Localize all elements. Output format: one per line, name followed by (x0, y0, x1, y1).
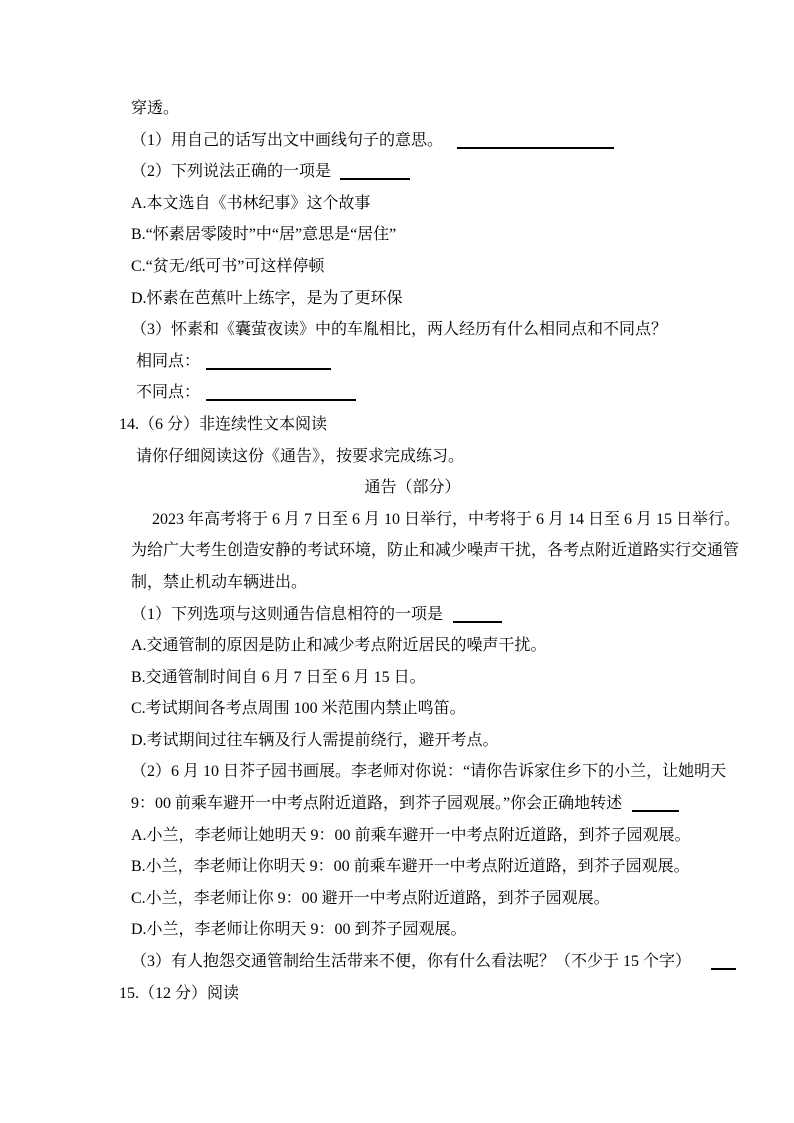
text-line: 14.（6 分）非连续性文本阅读 (119, 409, 694, 441)
line-text: （2）下列说法正确的一项是 (131, 163, 331, 180)
line-text: A.小兰，李老师让她明天 9：00 前乘车避开一中考点附近道路，到芥子园观展。 (131, 827, 691, 844)
text-line: A.交通管制的原因是防止和减少考点附近居民的噪声干扰。 (131, 630, 694, 662)
line-text: （3）有人抱怨交通管制给生活带来不便，你有什么看法呢？（不少于 15 个字） (131, 953, 691, 970)
line-text: 15.（12 分）阅读 (119, 985, 239, 1002)
text-line: （3）有人抱怨交通管制给生活带来不便，你有什么看法呢？（不少于 15 个字） (131, 946, 694, 978)
line-text: A.交通管制的原因是防止和减少考点附近居民的噪声干扰。 (131, 637, 547, 654)
text-line: C.“贫无/纸可书”可这样停顿 (131, 251, 694, 283)
text-line: B.小兰，李老师让你明天 9：00 前乘车避开一中考点附近道路，到芥子园观展。 (131, 851, 694, 883)
text-line: （1）下列选项与这则通告信息相符的一项是 (131, 599, 694, 631)
text-line: B.交通管制时间自 6 月 7 日至 6 月 15 日。 (131, 662, 694, 694)
line-text: 通告（部分） (364, 479, 460, 496)
line-text: C.小兰，李老师让你 9：00 避开一中考点附近道路，到芥子园观展。 (131, 890, 610, 907)
text-line: 不同点： (136, 377, 694, 409)
answer-blank (457, 135, 614, 149)
text-line: 请你仔细阅读这份《通告》，按要求完成练习。 (136, 441, 694, 473)
line-text: 9：00 前乘车避开一中考点附近道路，到芥子园观展。”你会正确地转述 (131, 795, 622, 812)
text-line: 制，禁止机动车辆进出。 (131, 567, 694, 599)
text-line: （1）用自己的话写出文中画线句子的意思。 (131, 125, 694, 157)
text-line: （3）怀素和《囊萤夜读》中的车胤相比，两人经历有什么相同点和不同点？ (131, 314, 694, 346)
text-line: 通告（部分） (131, 472, 694, 504)
text-line: 相同点： (136, 346, 694, 378)
line-text: B.小兰，李老师让你明天 9：00 前乘车避开一中考点附近道路，到芥子园观展。 (131, 858, 690, 875)
line-text: （1）用自己的话写出文中画线句子的意思。 (131, 132, 443, 149)
text-line: C.小兰，李老师让你 9：00 避开一中考点附近道路，到芥子园观展。 (131, 883, 694, 915)
answer-blank (711, 956, 736, 970)
line-text: （3）怀素和《囊萤夜读》中的车胤相比，两人经历有什么相同点和不同点？ (131, 321, 667, 338)
line-text: D.小兰，李老师让你明天 9：00 到芥子园观展。 (131, 921, 467, 938)
answer-blank (453, 609, 502, 623)
text-line: 2023 年高考将于 6 月 7 日至 6 月 10 日举行，中考将于 6 月 … (131, 504, 694, 536)
line-text: 不同点： (136, 384, 200, 401)
line-text: C.考试期间各考点周围 100 米范围内禁止鸣笛。 (131, 700, 466, 717)
text-line: D.考试期间过往车辆及行人需提前绕行，避开考点。 (131, 725, 694, 757)
line-text: 制，禁止机动车辆进出。 (131, 574, 307, 591)
line-text: B.“怀素居零陵时”中“居”意思是“居住” (131, 226, 396, 243)
text-line: 穿透。 (131, 93, 694, 125)
line-text: C.“贫无/纸可书”可这样停顿 (131, 258, 324, 275)
text-line: D.小兰，李老师让你明天 9：00 到芥子园观展。 (131, 914, 694, 946)
text-line: 为给广大考生创造安静的考试环境，防止和减少噪声干扰，各考点附近道路实行交通管 (131, 535, 694, 567)
text-line: 9：00 前乘车避开一中考点附近道路，到芥子园观展。”你会正确地转述 (131, 788, 694, 820)
line-text: 穿透。 (131, 100, 179, 117)
line-text: 为给广大考生创造安静的考试环境，防止和减少噪声干扰，各考点附近道路实行交通管 (131, 542, 739, 559)
text-line: C.考试期间各考点周围 100 米范围内禁止鸣笛。 (131, 693, 694, 725)
text-line: A.本文选自《书林纪事》这个故事 (131, 188, 694, 220)
text-line: D.怀素在芭蕉叶上练字，是为了更环保 (131, 283, 694, 315)
line-text: A.本文选自《书林纪事》这个故事 (131, 195, 371, 212)
line-text: 相同点： (136, 353, 200, 370)
answer-blank (206, 387, 356, 401)
document-page: 穿透。（1）用自己的话写出文中画线句子的意思。（2）下列说法正确的一项是A.本文… (0, 0, 794, 1123)
line-text: 请你仔细阅读这份《通告》，按要求完成练习。 (136, 448, 464, 465)
answer-blank (340, 166, 410, 180)
line-text: D.考试期间过往车辆及行人需提前绕行，避开考点。 (131, 732, 499, 749)
answer-blank (632, 798, 679, 812)
text-line: 15.（12 分）阅读 (119, 978, 694, 1010)
text-line: A.小兰，李老师让她明天 9：00 前乘车避开一中考点附近道路，到芥子园观展。 (131, 820, 694, 852)
line-text: 2023 年高考将于 6 月 7 日至 6 月 10 日举行，中考将于 6 月 … (152, 511, 740, 528)
text-line: （2）6 月 10 日芥子园书画展。李老师对你说：“请你告诉家住乡下的小兰，让她… (131, 756, 694, 788)
line-text: （2）6 月 10 日芥子园书画展。李老师对你说：“请你告诉家住乡下的小兰，让她… (131, 763, 726, 780)
line-text: 14.（6 分）非连续性文本阅读 (119, 416, 327, 433)
line-text: D.怀素在芭蕉叶上练字，是为了更环保 (131, 290, 403, 307)
text-line: B.“怀素居零陵时”中“居”意思是“居住” (131, 219, 694, 251)
line-text: B.交通管制时间自 6 月 7 日至 6 月 15 日。 (131, 669, 426, 686)
answer-blank (206, 356, 331, 370)
line-text: （1）下列选项与这则通告信息相符的一项是 (131, 606, 443, 623)
text-line: （2）下列说法正确的一项是 (131, 156, 694, 188)
